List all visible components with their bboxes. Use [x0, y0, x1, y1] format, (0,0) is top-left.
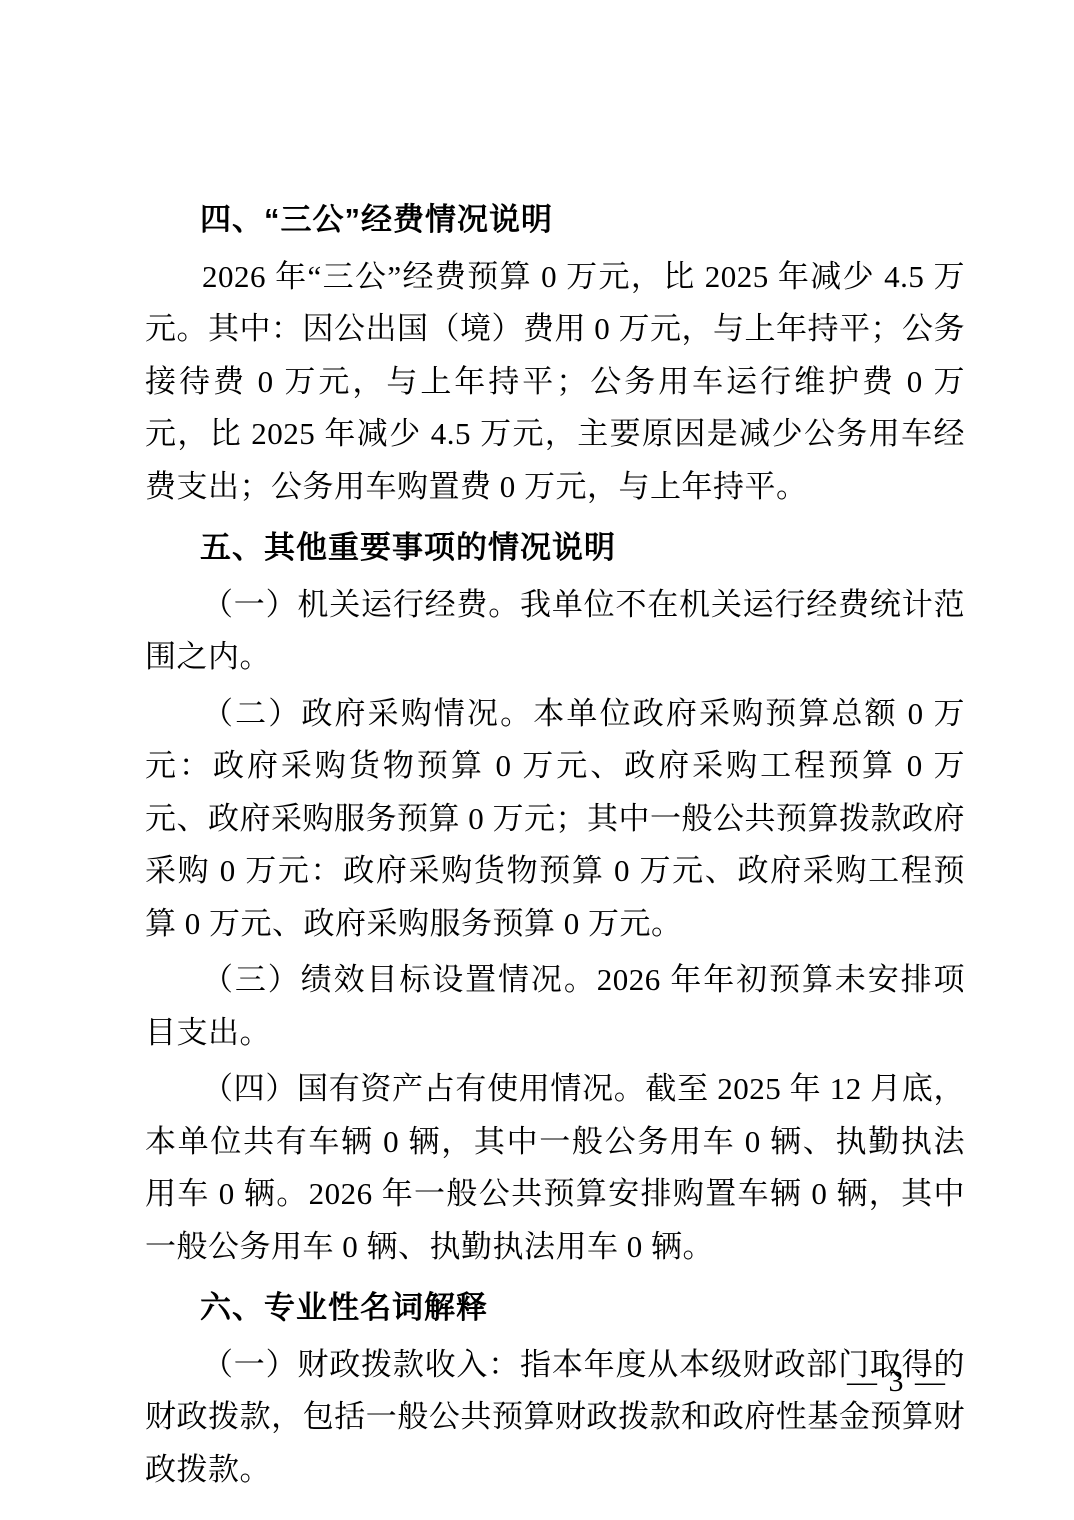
section-heading-other-important-matters: 五、其他重要事项的情况说明 — [145, 522, 965, 575]
paragraph-government-procurement: （二）政府采购情况。本单位政府采购预算总额 0 万元：政府采购货物预算 0 万元… — [145, 688, 965, 951]
document-page: 四、“三公”经费情况说明 2026 年“三公”经费预算 0 万元，比 2025 … — [0, 0, 1074, 1520]
section-heading-sangong-expenses: 四、“三公”经费情况说明 — [145, 194, 965, 247]
page-number: — 3 — — [847, 1356, 947, 1408]
section-heading-terminology: 六、专业性名词解释 — [145, 1282, 965, 1335]
paragraph-sangong-expenses: 2026 年“三公”经费预算 0 万元，比 2025 年减少 4.5 万元。其中… — [145, 251, 965, 514]
paragraph-state-owned-assets: （四）国有资产占有使用情况。截至 2025 年 12 月底，本单位共有车辆 0 … — [145, 1063, 965, 1273]
paragraph-performance-targets: （三）绩效目标设置情况。2026 年年初预算未安排项目支出。 — [145, 954, 965, 1059]
document-body: 四、“三公”经费情况说明 2026 年“三公”经费预算 0 万元，比 2025 … — [145, 194, 965, 1496]
paragraph-fiscal-appropriation-income: （一）财政拨款收入：指本年度从本级财政部门取得的财政拨款，包括一般公共预算财政拨… — [145, 1339, 965, 1497]
paragraph-agency-operating-funds: （一）机关运行经费。我单位不在机关运行经费统计范围之内。 — [145, 579, 965, 684]
